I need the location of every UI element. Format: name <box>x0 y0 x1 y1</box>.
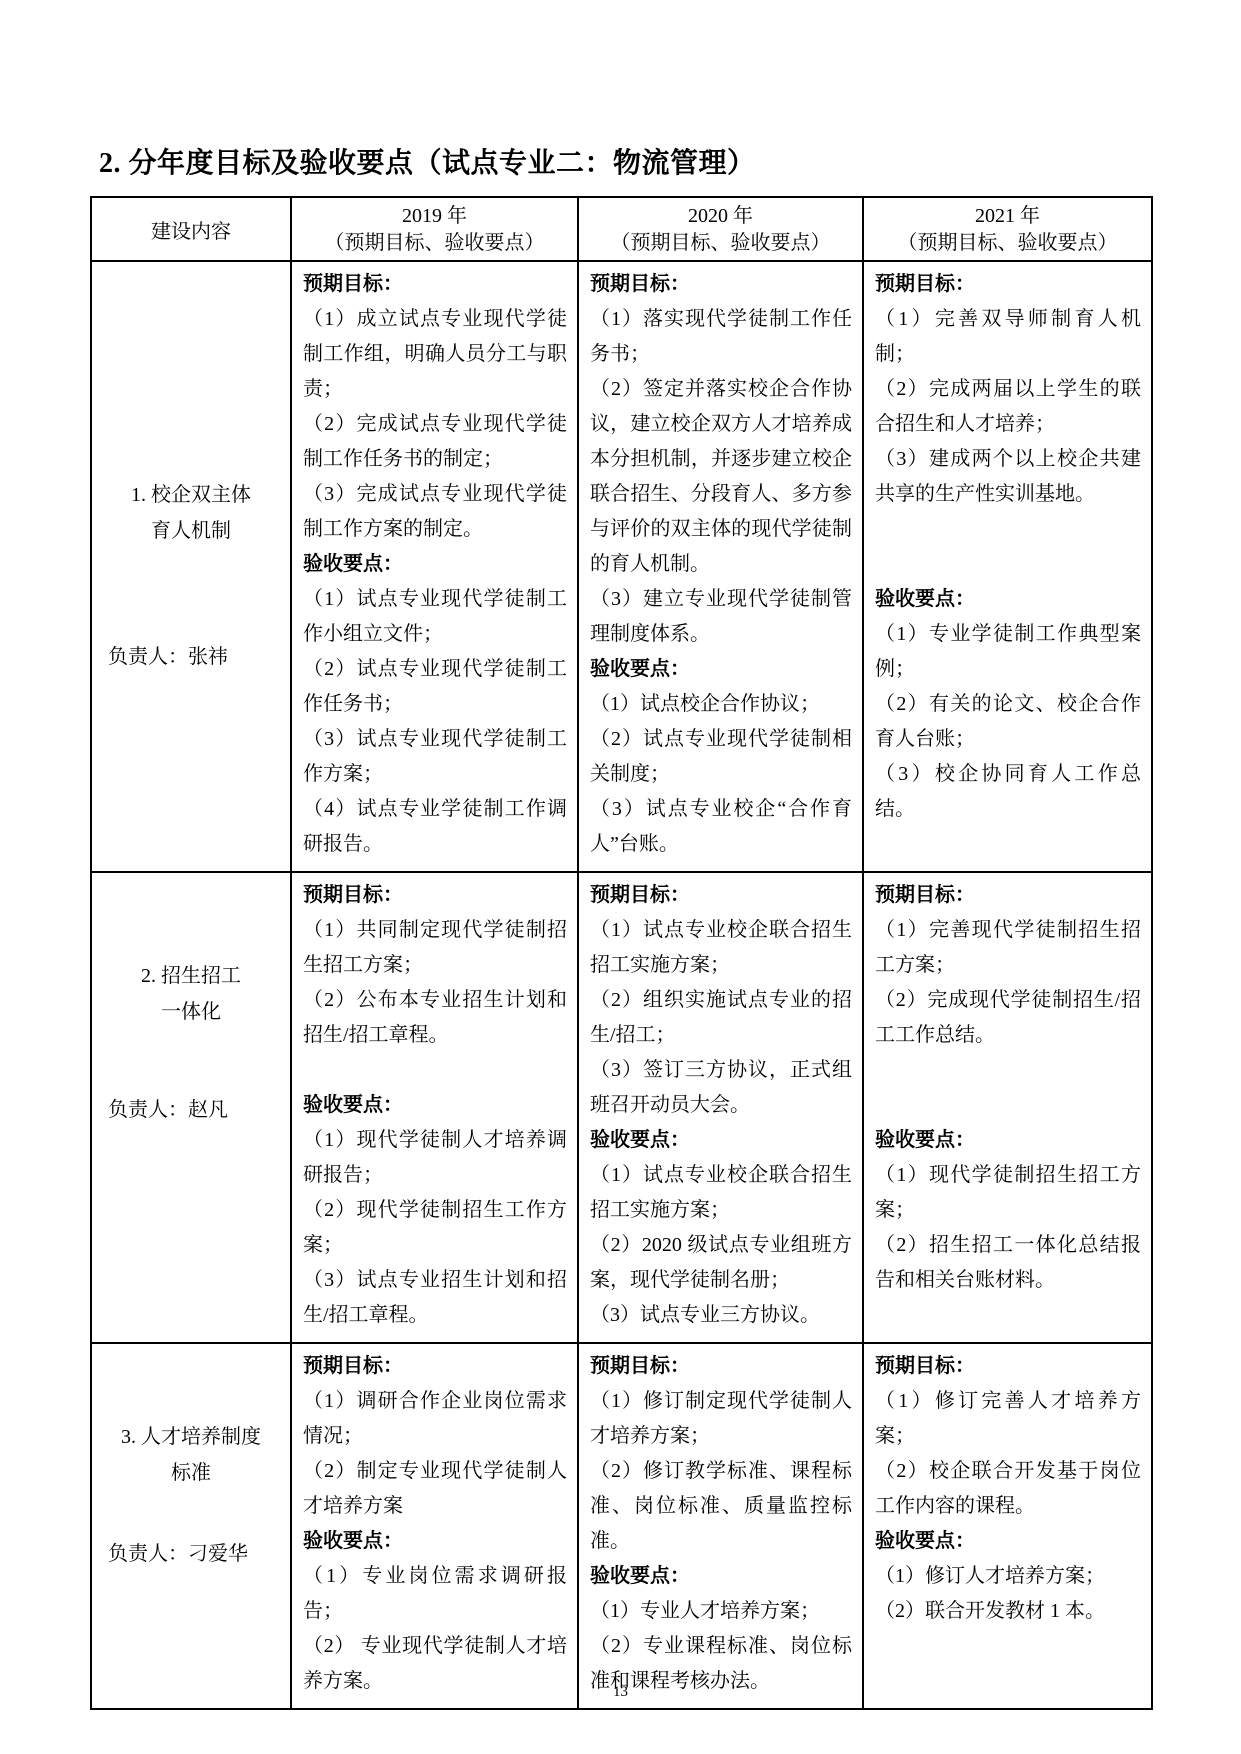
year-cell-2019: 预期目标：（1）共同制定现代学徒制招生招工方案；（2）公布本专业招生计划和招生/… <box>291 872 578 1343</box>
year-cell-2020: 预期目标：（1）试点专业校企联合招生招工实施方案；（2）组织实施试点专业的招生/… <box>578 872 863 1343</box>
construction-item-title-line: 一体化 <box>92 994 290 1030</box>
item-text: （3）完成试点专业现代学徒制工作方案的制定。 <box>303 477 567 547</box>
item-text: （3）试点专业现代学徒制工作方案； <box>303 722 567 792</box>
section-heading: 验收要点： <box>303 1088 567 1123</box>
item-text: （3）签订三方协议，正式组班召开动员大会。 <box>590 1053 852 1123</box>
item-text: （2）签定并落实校企合作协议，建立校企双方人才培养成本分担机制，并逐步建立校企联… <box>590 372 852 582</box>
section-heading: 预期目标： <box>875 1349 1141 1384</box>
construction-item-title-line: 标准 <box>92 1455 290 1491</box>
year-cell-2021: 预期目标：（1）完善双导师制育人机制；（2）完成两届以上学生的联合招生和人才培养… <box>863 261 1152 872</box>
year-label: 2020 年 <box>579 202 862 230</box>
item-text: （2）联合开发教材 1 本。 <box>875 1594 1141 1629</box>
year-label: 2019 年 <box>292 202 577 230</box>
page-number: 13 <box>0 1684 1241 1701</box>
item-text: （1）专业岗位需求调研报告； <box>303 1559 567 1629</box>
item-text: （1）修订完善人才培养方案； <box>875 1384 1141 1454</box>
item-text: （2）招生招工一体化总结报告和相关台账材料。 <box>875 1228 1141 1298</box>
item-text: （3）试点专业招生计划和招生/招工章程。 <box>303 1263 567 1333</box>
item-text: （1）现代学徒制招生招工方案； <box>875 1158 1141 1228</box>
item-text: （2）试点专业现代学徒制相关制度； <box>590 722 852 792</box>
section-heading: 预期目标： <box>303 1349 567 1384</box>
item-text: （1）成立试点专业现代学徒制工作组，明确人员分工与职责； <box>303 302 567 407</box>
construction-item-title-line: 3. 人才培养制度 <box>92 1419 290 1455</box>
item-text: （4）试点专业学徒制工作调研报告。 <box>303 792 567 862</box>
item-text: （2）有关的论文、校企合作育人台账； <box>875 687 1141 757</box>
section-heading: 预期目标： <box>303 267 567 302</box>
item-text: （1）试点校企合作协议； <box>590 687 852 722</box>
page-title: 2. 分年度目标及验收要点（试点专业二：物流管理） <box>99 141 756 181</box>
item-text: （3）试点专业三方协议。 <box>590 1298 852 1333</box>
item-text: （3）试点专业校企“合作育人”台账。 <box>590 792 852 862</box>
item-text: （1）修订制定现代学徒制人才培养方案； <box>590 1384 852 1454</box>
item-text: （2）修订教学标准、课程标准、岗位标准、质量监控标准。 <box>590 1454 852 1559</box>
item-text: （3）建立专业现代学徒制管理制度体系。 <box>590 582 852 652</box>
item-text: （2）完成两届以上学生的联合招生和人才培养； <box>875 372 1141 442</box>
item-text: （1）修订人才培养方案； <box>875 1559 1141 1594</box>
header-construction-content: 建设内容 <box>91 197 291 261</box>
header-row: 建设内容 2019 年 （预期目标、验收要点） 2020 年 （预期目标、验收要… <box>91 197 1152 261</box>
item-text: （1）现代学徒制人才培养调研报告； <box>303 1123 567 1193</box>
item-text: （2）制定专业现代学徒制人才培养方案 <box>303 1454 567 1524</box>
section-heading: 验收要点： <box>303 1524 567 1559</box>
section-heading: 预期目标： <box>590 1349 852 1384</box>
item-text: （3）校企协同育人工作总结。 <box>875 757 1141 827</box>
table-body: 1. 校企双主体育人机制负责人：张祎预期目标：（1）成立试点专业现代学徒制工作组… <box>91 261 1152 1709</box>
item-text: （2）试点专业现代学徒制工作任务书； <box>303 652 567 722</box>
section-heading: 预期目标： <box>590 267 852 302</box>
year-cell-2019: 预期目标：（1）成立试点专业现代学徒制工作组，明确人员分工与职责；（2）完成试点… <box>291 261 578 872</box>
section-heading: 验收要点： <box>875 1123 1141 1158</box>
year-subtitle: （预期目标、验收要点） <box>579 230 862 256</box>
table-row: 1. 校企双主体育人机制负责人：张祎预期目标：（1）成立试点专业现代学徒制工作组… <box>91 261 1152 872</box>
blank-line <box>875 512 1141 547</box>
section-heading: 验收要点： <box>875 582 1141 617</box>
item-text: （2）完成现代学徒制招生/招工工作总结。 <box>875 983 1141 1053</box>
section-heading: 验收要点： <box>303 547 567 582</box>
year-cell-2019: 预期目标：（1）调研合作企业岗位需求情况；（2）制定专业现代学徒制人才培养方案验… <box>291 1343 578 1709</box>
item-text: （1）落实现代学徒制工作任务书； <box>590 302 852 372</box>
section-heading: 验收要点： <box>590 1123 852 1158</box>
item-text: （2）2020 级试点专业组班方案，现代学徒制名册； <box>590 1228 852 1298</box>
section-heading: 验收要点： <box>590 652 852 687</box>
header-year-2020: 2020 年 （预期目标、验收要点） <box>578 197 863 261</box>
section-heading: 验收要点： <box>590 1559 852 1594</box>
header-year-2021: 2021 年 （预期目标、验收要点） <box>863 197 1152 261</box>
construction-item-title-line: 育人机制 <box>92 513 290 549</box>
item-text: （1）专业学徒制工作典型案例； <box>875 617 1141 687</box>
item-text: （1）共同制定现代学徒制招生招工方案； <box>303 913 567 983</box>
section-heading: 预期目标： <box>590 878 852 913</box>
year-subtitle: （预期目标、验收要点） <box>864 230 1151 256</box>
construction-item-title: 1. 校企双主体育人机制 <box>92 477 290 549</box>
year-cell-2020: 预期目标：（1）修订制定现代学徒制人才培养方案；（2）修订教学标准、课程标准、岗… <box>578 1343 863 1709</box>
year-label: 2021 年 <box>864 202 1151 230</box>
item-text: （1）试点专业校企联合招生招工实施方案； <box>590 913 852 983</box>
item-text: （1）完善双导师制育人机制； <box>875 302 1141 372</box>
item-text: （2）公布本专业招生计划和招生/招工章程。 <box>303 983 567 1053</box>
item-text: （2）组织实施试点专业的招生/招工； <box>590 983 852 1053</box>
construction-item-title: 3. 人才培养制度标准 <box>92 1419 290 1491</box>
section-heading: 预期目标： <box>875 878 1141 913</box>
construction-content-cell: 2. 招生招工一体化负责人：赵凡 <box>91 872 291 1343</box>
section-heading: 验收要点： <box>875 1524 1141 1559</box>
construction-item-title-line: 1. 校企双主体 <box>92 477 290 513</box>
year-cell-2021: 预期目标：（1）修订完善人才培养方案；（2）校企联合开发基于岗位工作内容的课程。… <box>863 1343 1152 1709</box>
table-header: 建设内容 2019 年 （预期目标、验收要点） 2020 年 （预期目标、验收要… <box>91 197 1152 261</box>
table-row: 3. 人才培养制度标准负责人：刁爱华预期目标：（1）调研合作企业岗位需求情况；（… <box>91 1343 1152 1709</box>
blank-line <box>875 547 1141 582</box>
section-heading: 预期目标： <box>303 878 567 913</box>
leader-name: 负责人：赵凡 <box>92 1092 290 1128</box>
year-cell-2021: 预期目标：（1）完善现代学徒制招生招工方案；（2）完成现代学徒制招生/招工工作总… <box>863 872 1152 1343</box>
construction-content-cell: 1. 校企双主体育人机制负责人：张祎 <box>91 261 291 872</box>
item-text: （2）校企联合开发基于岗位工作内容的课程。 <box>875 1454 1141 1524</box>
construction-content-cell: 3. 人才培养制度标准负责人：刁爱华 <box>91 1343 291 1709</box>
item-text: （1）完善现代学徒制招生招工方案； <box>875 913 1141 983</box>
leader-name: 负责人：张祎 <box>92 639 290 675</box>
section-heading: 预期目标： <box>875 267 1141 302</box>
year-cell-2020: 预期目标：（1）落实现代学徒制工作任务书；（2）签定并落实校企合作协议，建立校企… <box>578 261 863 872</box>
table-row: 2. 招生招工一体化负责人：赵凡预期目标：（1）共同制定现代学徒制招生招工方案；… <box>91 872 1152 1343</box>
blank-line <box>303 1053 567 1088</box>
header-year-2019: 2019 年 （预期目标、验收要点） <box>291 197 578 261</box>
item-text: （1）试点专业现代学徒制工作小组立文件； <box>303 582 567 652</box>
item-text: （1）专业人才培养方案； <box>590 1594 852 1629</box>
blank-line <box>875 1053 1141 1088</box>
year-subtitle: （预期目标、验收要点） <box>292 230 577 256</box>
item-text: （1）调研合作企业岗位需求情况； <box>303 1384 567 1454</box>
leader-name: 负责人：刁爱华 <box>92 1536 290 1572</box>
item-text: （3）建成两个以上校企共建共享的生产性实训基地。 <box>875 442 1141 512</box>
construction-item-title-line: 2. 招生招工 <box>92 958 290 994</box>
item-text: （1）试点专业校企联合招生招工实施方案； <box>590 1158 852 1228</box>
blank-line <box>875 1088 1141 1123</box>
item-text: （2）完成试点专业现代学徒制工作任务书的制定； <box>303 407 567 477</box>
yearly-goals-table: 建设内容 2019 年 （预期目标、验收要点） 2020 年 （预期目标、验收要… <box>90 196 1153 1710</box>
construction-item-title: 2. 招生招工一体化 <box>92 958 290 1030</box>
item-text: （2）现代学徒制招生工作方案； <box>303 1193 567 1263</box>
